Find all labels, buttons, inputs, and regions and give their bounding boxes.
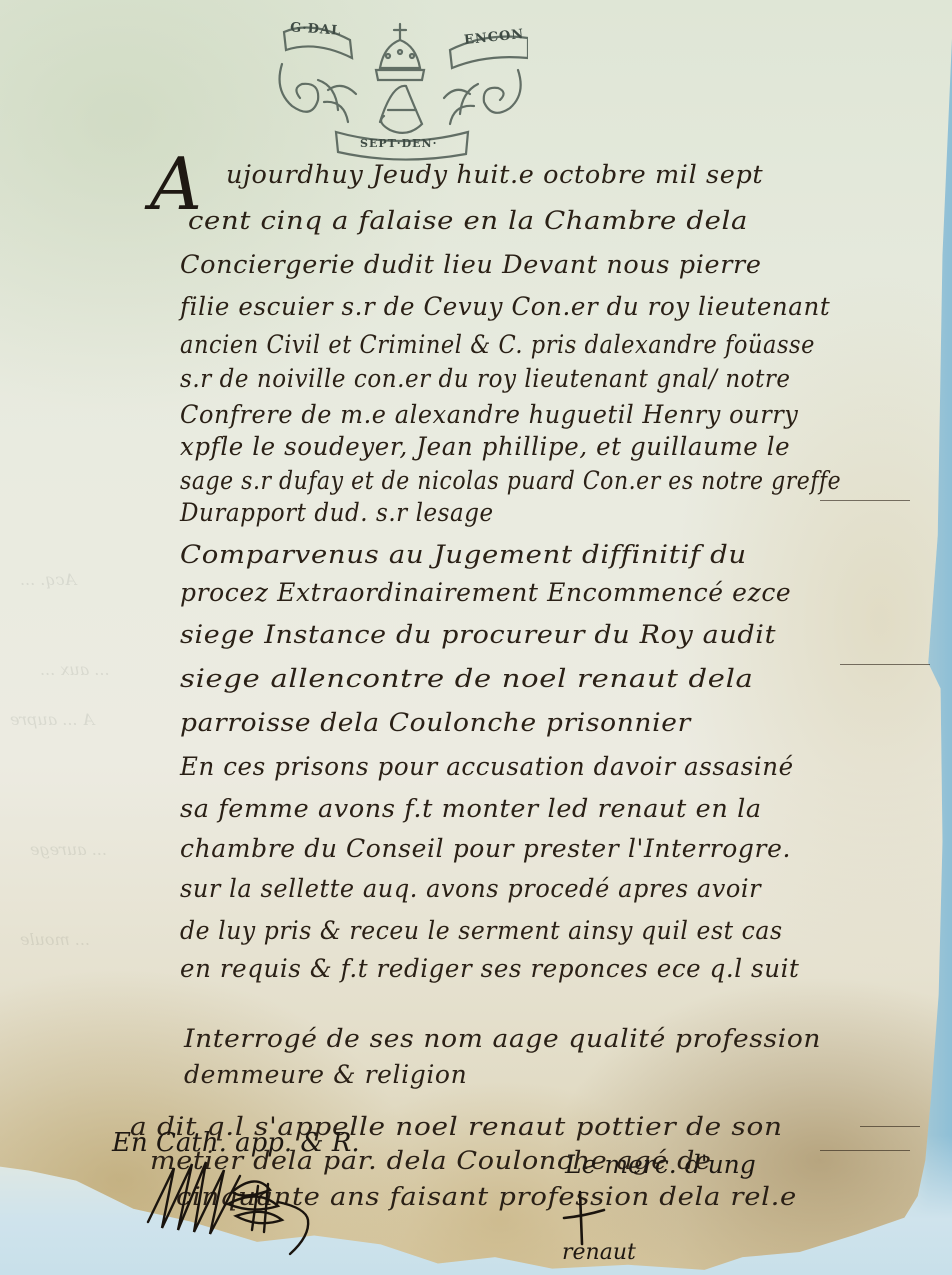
manuscript-line: ancien Civil et Criminel & C. pris dalex… [180, 330, 815, 359]
tax-stamp: G·DAL ENCON SEPT·DEN· [272, 10, 528, 162]
manuscript-line: Conciergerie dudit lieu Devant nous pier… [180, 250, 762, 279]
manuscript-line: chambre du Conseil pour prester l'Interr… [180, 834, 791, 863]
manuscript-line: En ces prisons pour accusation davoir as… [180, 752, 794, 781]
manuscript-line: demmeure & religion [184, 1060, 467, 1089]
manuscript-line: procez Extraordinairement Encommencé ezc… [180, 578, 791, 607]
footer-caption: Le merc. d'ung [565, 1150, 756, 1179]
bleed-through-text: ... aurege [30, 830, 107, 870]
manuscript-page: Acq. ... ... aux ... A ... aupre ... aur… [0, 0, 952, 1275]
manuscript-line: cent cinq a falaise en la Chambre dela [188, 206, 748, 235]
manuscript-line: Durapport dud. s.r lesage [180, 498, 494, 527]
manuscript-line: s.r de noiville con.er du roy lieutenant… [180, 364, 791, 393]
manuscript-line: xpfle le soudeyer, Jean phillipe, et gui… [180, 432, 790, 461]
stamp-banner-bottom: SEPT·DEN· [360, 137, 437, 150]
manuscript-line: siege Instance du procureur du Roy audit [180, 620, 776, 649]
manuscript-line: filie escuier s.r de Cevuy Con.er du roy… [180, 292, 830, 321]
footer-signatory-name: renaut [562, 1240, 636, 1265]
manuscript-line: Interrogé de ses nom aage qualité profes… [184, 1024, 821, 1053]
manuscript-line: siege allencontre de noel renaut dela [180, 664, 754, 693]
manuscript-line: sur la sellette auq. avons procedé apres… [180, 874, 761, 903]
cross-mark-icon [560, 1188, 610, 1248]
bleed-through-text: ... moule [20, 920, 90, 960]
line-filler-stroke [860, 1126, 920, 1127]
line-filler-stroke [820, 500, 910, 501]
bleed-through-text: ... aux ... [40, 650, 110, 690]
manuscript-line: sage s.r dufay et de nicolas puard Con.e… [180, 466, 841, 495]
manuscript-line: Comparvenus au Jugement diffinitif du [180, 540, 747, 569]
bleed-through-text: A ... aupre [10, 700, 94, 740]
manuscript-line: en requis & f.t rediger ses reponces ece… [180, 954, 799, 983]
signature-paraphe-icon [140, 1150, 380, 1260]
manuscript-line: sa femme avons f.t monter led renaut en … [180, 794, 762, 823]
manuscript-line: parroisse dela Coulonche prisonnier [180, 708, 691, 737]
bleed-through-text: Acq. ... [20, 560, 76, 600]
line-filler-stroke [840, 664, 930, 665]
manuscript-line: Confrere de m.e alexandre huguetil Henry… [180, 400, 798, 429]
manuscript-line: de luy pris & receu le serment ainsy qui… [180, 916, 783, 945]
manuscript-line: ujourdhuy Jeudy huit.e octobre mil sept [226, 160, 763, 189]
line-filler-stroke [820, 1150, 910, 1151]
